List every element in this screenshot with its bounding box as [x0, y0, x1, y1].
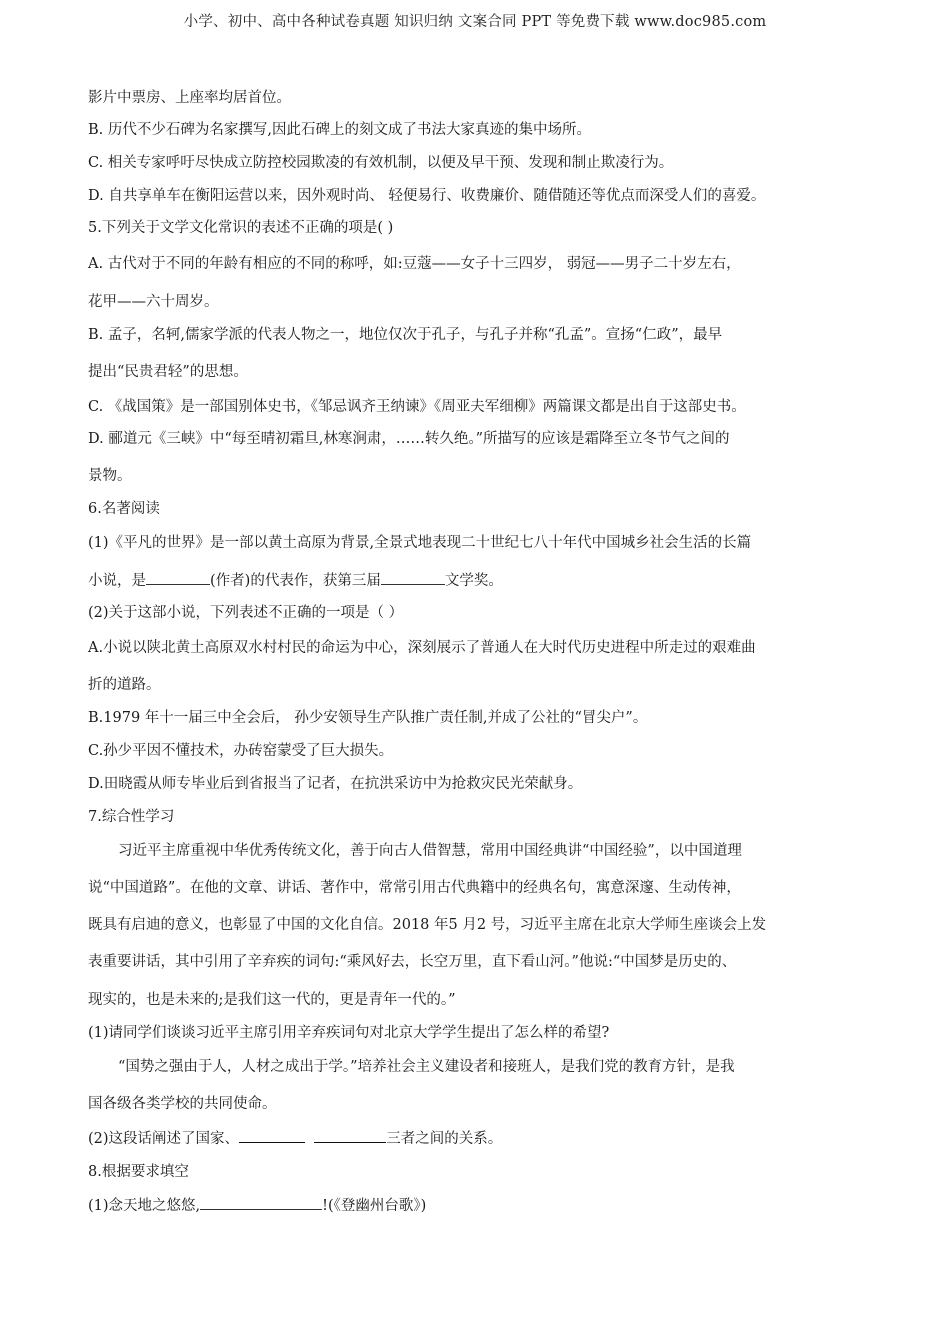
- q6-option-d: D.田晓霞从师专毕业后到省报当了记者，在抗洪采访中为抢救灾民光荣献身。: [88, 772, 582, 793]
- q6-part1-text-a: 小说，是: [88, 573, 146, 589]
- q7-para1-line4: 表重要讲话，其中引用了辛弃疾的词句:“乘风好去，长空万里，直下看山河。”他说:“…: [88, 950, 736, 971]
- q8-q1-text-b: !(《登幽州台歌》): [322, 1198, 426, 1214]
- q5-option-a-line2: 花甲——六十周岁。: [88, 290, 219, 311]
- q7-answer-blank-1[interactable]: [239, 1128, 305, 1143]
- q7-question1: (1)请同学们谈谈习近平主席引用辛弃疾词句对北京大学学生提出了怎么样的希望?: [88, 1021, 609, 1042]
- q6-option-b: B.1979 年十一届三中全会后， 孙少安领导生产队推广责任制,并成了公社的“冒…: [88, 706, 647, 727]
- page-header-banner: 小学、初中、高中各种试卷真题 知识归纳 文案合同 PPT 等免费下载 www.d…: [0, 10, 950, 31]
- q6-part1-line2: 小说，是(作者)的代表作，获第三届文学奖。: [88, 569, 503, 590]
- q7-q2-text-a: (2)这段话阐述了国家、: [88, 1131, 239, 1147]
- q7-para1-line1: 习近平主席重视中华优秀传统文化，善于向古人借智慧，常用中国经典讲“中国经验”，以…: [118, 839, 742, 860]
- q8-q1-text-a: (1)念天地之悠悠,: [88, 1198, 200, 1214]
- q7-answer-blank-2[interactable]: [314, 1128, 386, 1143]
- q4-option-d: D. 自共享单车在衡阳运营以来，因外观时尚、 轻便易行、收费廉价、随借随还等优点…: [88, 184, 765, 205]
- q8-answer-blank[interactable]: [200, 1195, 322, 1210]
- q5-option-b-line2: 提出“民贵君轻”的思想。: [88, 360, 248, 381]
- q6-part1-text-b: (作者)的代表作，获第三届: [210, 573, 381, 589]
- q5-option-d-line1: D. 郦道元《三峡》中“每至晴初霜旦,林寒涧肃，……转久绝。”所描写的应该是霜降…: [88, 427, 730, 448]
- q7-question2: (2)这段话阐述了国家、 三者之间的关系。: [88, 1127, 502, 1148]
- q7-para2-line1: “国势之强由于人，人材之成出于学。”培养社会主义建设者和接班人，是我们党的教育方…: [118, 1055, 735, 1076]
- q5-option-d-line2: 景物。: [88, 464, 132, 485]
- q5-option-a-line1: A. 古代对于不同的年龄有相应的不同的称呼，如:豆蔻——女子十三四岁， 弱冠——…: [88, 252, 741, 273]
- q7-para1-line3: 既具有启迪的意义，也彰显了中国的文化自信。2018 年5 月2 号，习近平主席在…: [88, 913, 766, 934]
- q4-option-a-tail: 影片中票房、上座率均居首位。: [88, 86, 291, 107]
- author-answer-blank[interactable]: [146, 570, 210, 585]
- q8-title: 8.根据要求填空: [88, 1160, 189, 1181]
- q6-option-c: C.孙少平因不懂技术，办砖窑蒙受了巨大损失。: [88, 739, 393, 760]
- q7-para2-line2: 国各级各类学校的共同使命。: [88, 1092, 277, 1113]
- q7-para1-line5: 现实的，也是未来的;是我们这一代的，更是青年一代的。”: [88, 988, 456, 1009]
- q4-option-b: B. 历代不少石碑为名家撰写,因此石碑上的刻文成了书法大家真迹的集中场所。: [88, 118, 591, 139]
- q6-part1-text-c: 文学奖。: [445, 573, 503, 589]
- q5-option-b-line1: B. 孟子，名轲,儒家学派的代表人物之一，地位仅次于孔子，与孔子并称“孔孟”。宣…: [88, 323, 722, 344]
- q7-q2-text-b: 三者之间的关系。: [386, 1131, 502, 1147]
- q7-title: 7.综合性学习: [88, 805, 174, 826]
- q6-option-a-line1: A.小说以陕北黄土高原双水村村民的命运为中心，深刻展示了普通人在大时代历史进程中…: [88, 636, 756, 657]
- q5-title: 5.下列关于文学文化常识的表述不正确的项是( ): [88, 216, 393, 237]
- q6-part1-line1: (1)《平凡的世界》是一部以黄土高原为背景,全景式地表现二十世纪七八十年代中国城…: [88, 531, 751, 552]
- q5-option-c: C. 《战国策》是一部国别体史书，《邹忌讽齐王纳谏》《周亚夫军细柳》两篇课文都是…: [88, 395, 746, 416]
- q6-option-a-line2: 折的道路。: [88, 673, 161, 694]
- q4-option-c: C. 相关专家呼吁尽快成立防控校园欺凌的有效机制，以便及早干预、发现和制止欺凌行…: [88, 151, 673, 172]
- q7-para1-line2: 说“中国道路”。在他的文章、讲话、著作中，常常引用古代典籍中的经典名句，寓意深邃…: [88, 876, 741, 897]
- q6-title: 6.名著阅读: [88, 497, 160, 518]
- award-answer-blank[interactable]: [381, 570, 445, 585]
- q6-part2-title: (2)关于这部小说，下列表述不正确的一项是（ ）: [88, 601, 403, 622]
- q8-question1: (1)念天地之悠悠,!(《登幽州台歌》): [88, 1194, 426, 1215]
